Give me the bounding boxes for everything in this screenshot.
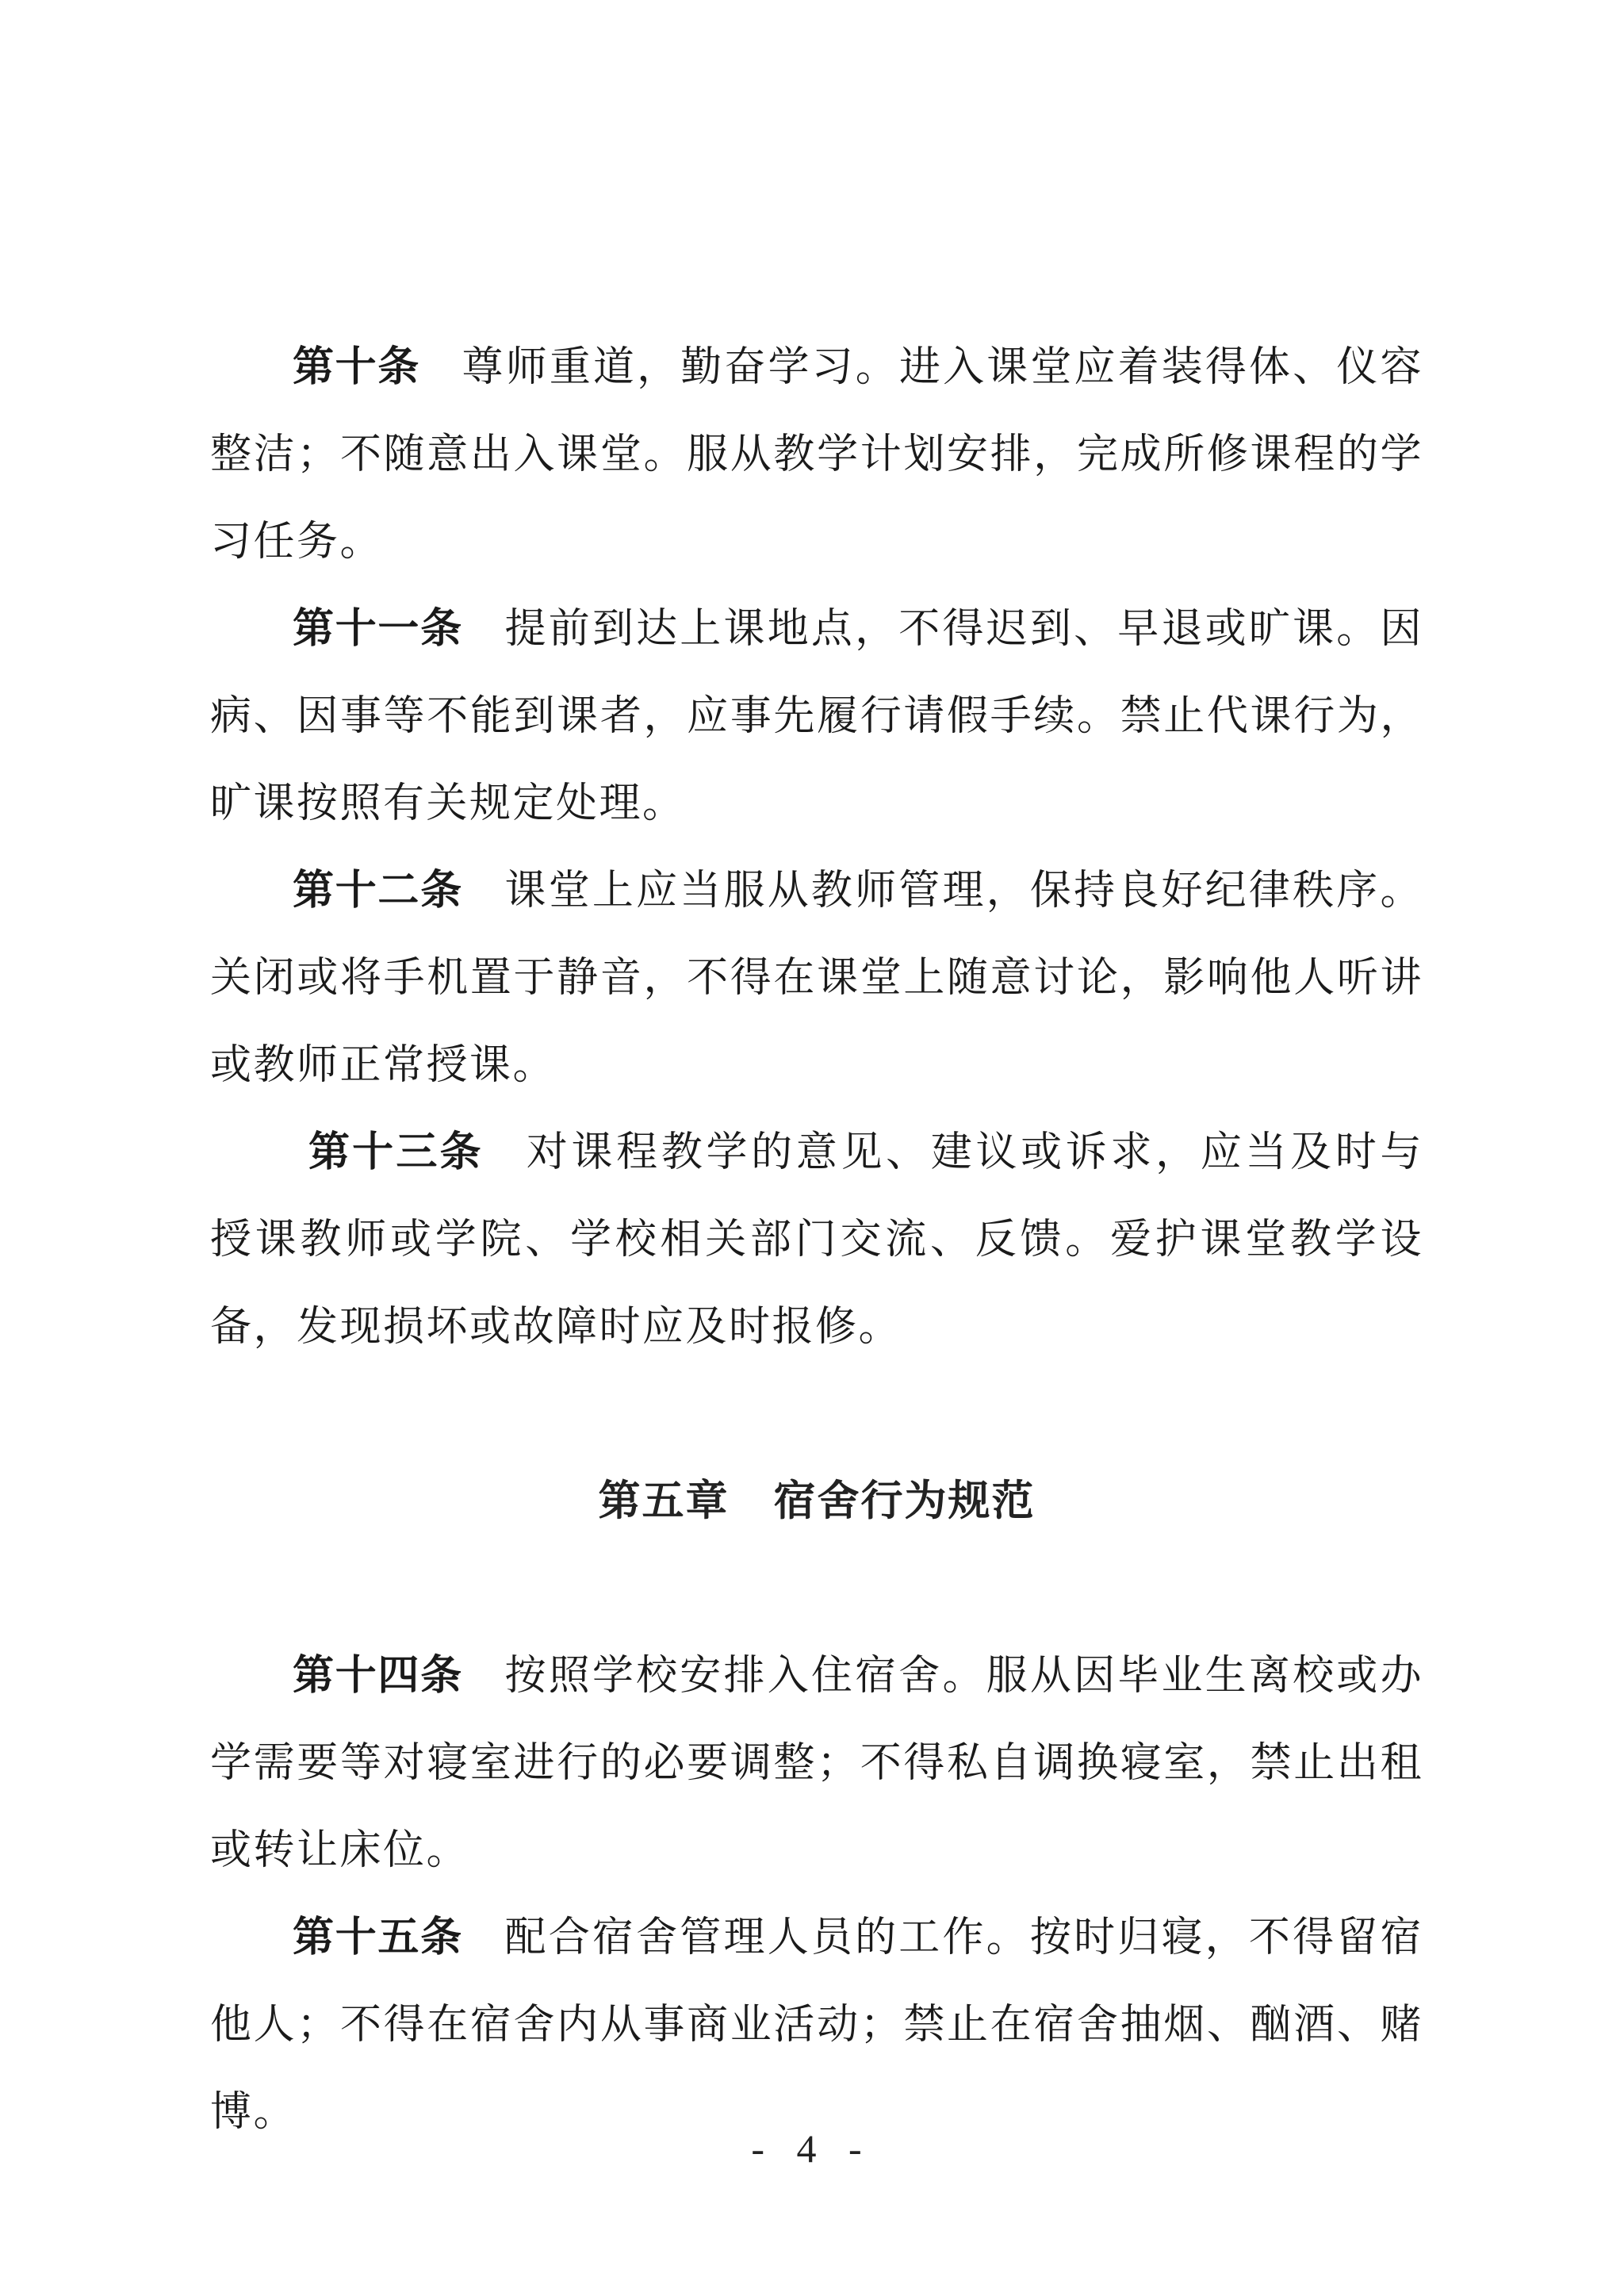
- article-10: 第十条尊师重道，勤奋学习。进入课堂应着装得体、仪容整洁；不随意出入课堂。服从教学…: [210, 324, 1423, 585]
- article-12: 第十二条课堂上应当服从教师管理，保持良好纪律秩序。关闭或将手机置于静音，不得在课…: [210, 847, 1423, 1109]
- article-number: 第十二条: [293, 867, 463, 914]
- page-number: - 4 -: [0, 2125, 1624, 2171]
- chapter-title-text: 宿舍行为规范: [774, 1477, 1036, 1525]
- article-number: 第十五条: [293, 1914, 463, 1961]
- article-15: 第十五条配合宿舍管理人员的工作。按时归寝，不得留宿他人；不得在宿舍内从事商业活动…: [210, 1894, 1423, 2156]
- article-number: 第十条: [293, 343, 420, 391]
- article-11: 第十一条提前到达上课地点，不得迟到、早退或旷课。因病、因事等不能到课者，应事先履…: [210, 585, 1423, 847]
- article-number: 第十一条: [293, 605, 463, 653]
- article-number: 第十四条: [293, 1652, 463, 1700]
- chapter-number: 第五章: [599, 1477, 730, 1525]
- article-13: 第十三条对课程教学的意见、建议或诉求，应当及时与授课教师或学院、学校相关部门交流…: [210, 1109, 1423, 1370]
- chapter-heading: 第五章宿舍行为规范: [210, 1458, 1423, 1545]
- article-14: 第十四条按照学校安排入住宿舍。服从因毕业生离校或办学需要等对寝室进行的必要调整；…: [210, 1632, 1423, 1894]
- document-page: 第十条尊师重道，勤奋学习。进入课堂应着装得体、仪容整洁；不随意出入课堂。服从教学…: [210, 324, 1423, 2156]
- article-number: 第十三条: [308, 1129, 484, 1176]
